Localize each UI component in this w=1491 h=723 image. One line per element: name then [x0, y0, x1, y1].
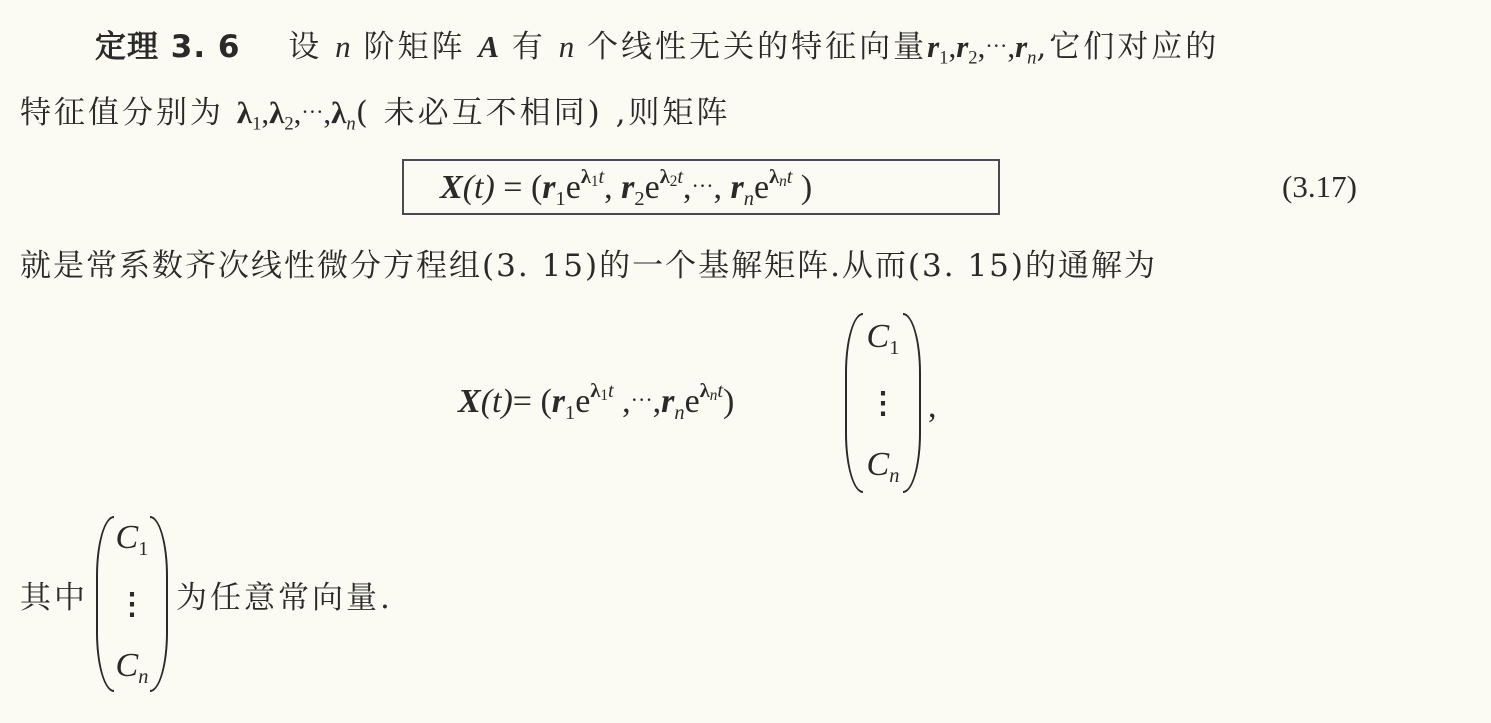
- text: ( 未必互不相同) ,则矩阵: [356, 95, 731, 131]
- math-r2: r2: [956, 29, 977, 64]
- math-n: n: [335, 29, 351, 64]
- exponent: λ2t: [660, 166, 683, 188]
- text: 特征值分别为: [20, 95, 224, 131]
- paragraph-general-solution-intro: 就是常系数齐次线性微分方程组(3. 15)的一个基解矩阵.从而(3. 15)的通…: [20, 246, 1157, 286]
- text: 阶矩阵: [363, 29, 465, 65]
- math-matrix-A: A: [478, 29, 499, 64]
- math-r2: r2: [621, 169, 644, 206]
- math-lambda1: λ1: [237, 95, 262, 130]
- vector-vdots: ⋮: [96, 590, 168, 620]
- vector-entry-c1: C1: [845, 317, 921, 357]
- text: 设: [288, 29, 322, 65]
- text: 个线性无关的特征向量: [587, 29, 927, 65]
- constant-column-vector: C1 ⋮ Cn: [845, 313, 921, 493]
- vector-entry-c1: C1: [96, 518, 168, 558]
- equation-number: (3.17): [1282, 167, 1357, 207]
- theorem-line-2: 特征值分别为 λ1,λ2,···,λn( 未必互不相同) ,则矩阵: [20, 92, 730, 133]
- math-n: n: [559, 29, 575, 64]
- math-r1: r1: [542, 169, 565, 206]
- closing-suffix: 为任意常向量.: [176, 578, 393, 618]
- ellipsis: ···: [985, 33, 1007, 58]
- math-r1: r1: [927, 29, 948, 64]
- equation-3-17: X(t) = (r1eλ1t, r2eλ2t,···, rneλnt ): [440, 166, 812, 208]
- exponent: λ1t: [590, 380, 613, 402]
- trailing-comma: ,: [928, 388, 937, 426]
- theorem-line-1: 定理 3. 6 设 n 阶矩阵 A 有 n 个线性无关的特征向量r1,r2,··…: [95, 26, 1219, 67]
- vector-entry-cn: Cn: [845, 445, 921, 485]
- vector-vdots: ⋮: [845, 389, 921, 419]
- ellipsis: ···: [631, 387, 653, 412]
- closing-prefix: 其中: [20, 578, 88, 618]
- closing-column-vector: C1 ⋮ Cn: [96, 516, 168, 692]
- math-rn: rn: [661, 383, 684, 420]
- math-lambdan: λn: [331, 95, 356, 130]
- ellipsis: ···: [692, 173, 714, 198]
- exponent: λnt: [700, 380, 723, 402]
- exponent: λnt: [769, 166, 792, 188]
- math-r1: r1: [552, 383, 575, 420]
- theorem-label: 定理 3. 6: [95, 29, 241, 65]
- text: 有: [512, 29, 546, 65]
- exponent: λ1t: [581, 166, 604, 188]
- text: ,它们对应的: [1036, 29, 1219, 65]
- math-lambda2: λ2: [269, 95, 294, 130]
- math-rn: rn: [1015, 29, 1036, 64]
- general-solution-equation: X(t)= (r1eλ1t ,···,rneλnt): [458, 380, 734, 422]
- math-rn: rn: [731, 169, 754, 206]
- ellipsis: ···: [301, 99, 323, 124]
- vector-entry-cn: Cn: [96, 646, 168, 686]
